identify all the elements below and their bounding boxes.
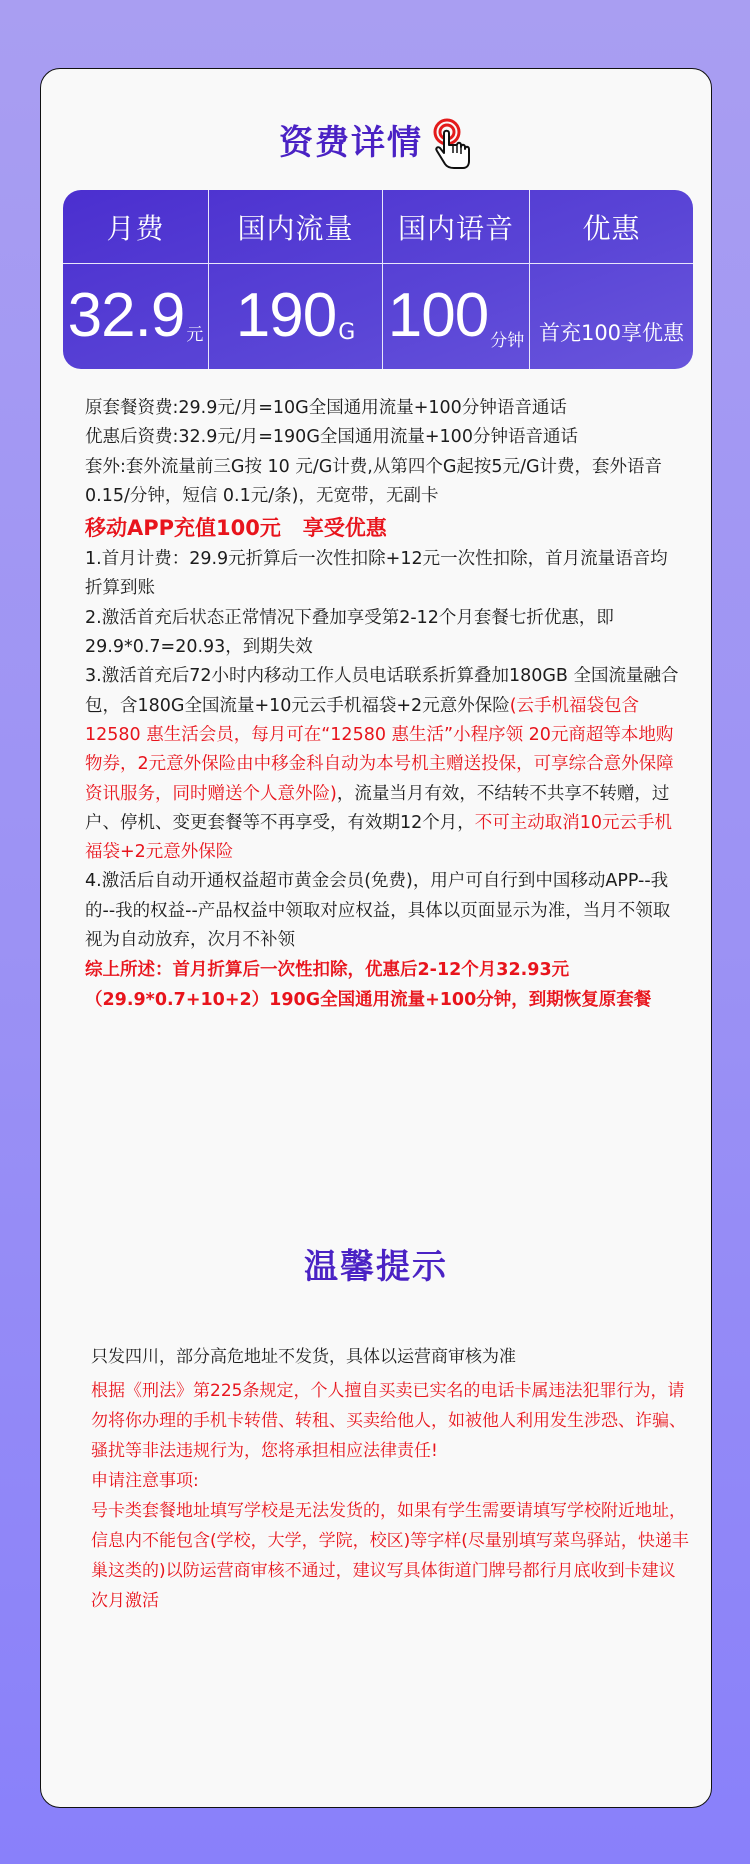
rule-item-1: 1.首月计费：29.9元折算后一次性扣除+12元一次性扣除，首月流量语音均折算到… (85, 545, 685, 604)
original-fee-line: 原套餐资费:29.9元/月=10G全国通用流量+100分钟语音通话 (85, 394, 685, 423)
plan-details: 原套餐资费:29.9元/月=10G全国通用流量+100分钟语音通话 优惠后资费:… (85, 394, 685, 1015)
rule-item-4: 4.激活后自动开通权益超市黄金会员(免费)，用户可自行到中国移动APP--我的-… (85, 867, 685, 955)
column-header-offer: 优惠 (530, 190, 693, 264)
overage-fee-line: 套外:套外流量前三G按 10 元/G计费,从第四个G起按5元/G计费，套外语音 … (85, 453, 685, 512)
section-header-tips: 温馨提示 (41, 1239, 711, 1288)
tips-title: 温馨提示 (304, 1247, 448, 1287)
column-header-voice: 国内语音 (383, 190, 530, 264)
rule-item-2: 2.激活首充后状态正常情况下叠加享受第2-12个月套餐七折优惠，即29.9*0.… (85, 604, 685, 663)
voice-amount: 100 (388, 285, 488, 347)
monthly-fee-value: 32.9元 (63, 264, 209, 369)
legal-warning: 根据《刑法》第225条规定，个人擅自买卖已实名的电话卡属违法犯罪行为，请勿将你办… (91, 1376, 691, 1466)
data-value: 190G (209, 264, 383, 369)
fee-amount: 32.9 (68, 285, 185, 347)
tips-content: 只发四川，部分高危地址不发货，具体以运营商审核为准 根据《刑法》第225条规定，… (91, 1342, 691, 1616)
column-header-data: 国内流量 (209, 190, 383, 264)
section-header-fees: 资费详情 (41, 111, 711, 167)
notice-body: 号卡类套餐地址填写学校是无法发货的，如果有学生需要请填写学校附近地址，信息内不能… (91, 1496, 691, 1616)
fee-unit: 元 (186, 320, 203, 345)
data-unit: G (338, 320, 355, 345)
shipping-note: 只发四川，部分高危地址不发货，具体以运营商审核为准 (91, 1342, 691, 1372)
summary-text: 综上所述：首月折算后一次性扣除，优惠后2-12个月32.93元（29.9*0.7… (85, 955, 685, 1015)
recharge-highlight: 移动APP充值100元 享受优惠 (85, 511, 685, 545)
pointer-hand-icon (433, 117, 473, 173)
voice-value: 100分钟 (383, 264, 530, 369)
data-amount: 190 (236, 285, 336, 347)
plan-detail-card: 资费详情 月费 国内流量 国内语音 优惠 32.9元 190G (40, 68, 712, 1808)
rule-item-3: 3.激活首充后72小时内移动工作人员电话联系折算叠加180GB 全国流量融合包，… (85, 662, 685, 867)
discounted-fee-line: 优惠后资费:32.9元/月=190G全国通用流量+100分钟语音通话 (85, 423, 685, 452)
notice-title: 申请注意事项: (91, 1466, 691, 1496)
column-header-monthly-fee: 月费 (63, 190, 209, 264)
page-title: 资费详情 (279, 115, 423, 164)
voice-unit: 分钟 (490, 326, 524, 351)
offer-value: 首充100享优惠 (530, 264, 693, 369)
plan-summary-table: 月费 国内流量 国内语音 优惠 32.9元 190G 100分钟 首充100享优… (63, 190, 693, 369)
